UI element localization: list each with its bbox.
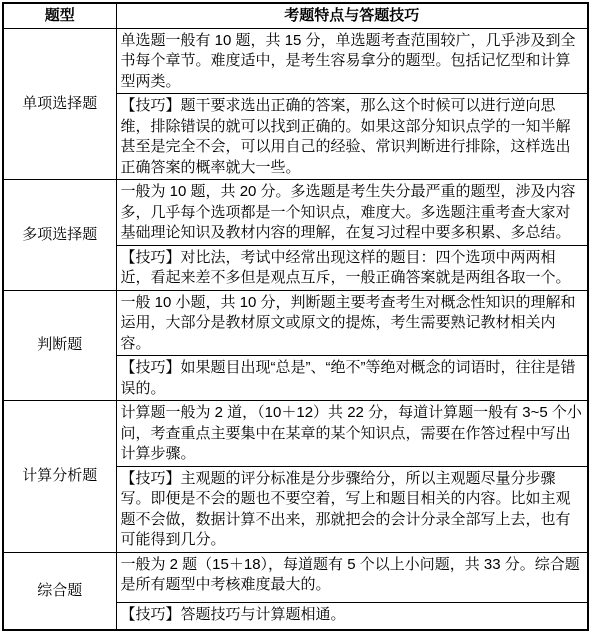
header-row: 题型 考题特点与答题技巧 (3, 3, 588, 28)
table-row: 多项选择题 一般为 10 题，共 20 分。多选题是考生失分最严重的题型，涉及内… (3, 180, 588, 246)
desc-cell-multi-choice: 一般为 10 题，共 20 分。多选题是考生失分最严重的题型，涉及内容多，几乎每… (116, 180, 588, 246)
type-cell-calculation: 计算分析题 (3, 401, 116, 553)
document-page: 题型 考题特点与答题技巧 单项选择题 单选题一般有 10 题，共 15 分，单选… (0, 0, 591, 542)
table-row: 判断题 一般 10 小题，共 10 分，判断题主要考查考生对概念性知识的理解和运… (3, 290, 588, 356)
table-row: 计算分析题 计算题一般为 2 道，（10＋12）共 22 分，每道计算题一般有 … (3, 401, 588, 467)
tip-cell-single-choice: 【技巧】题干要求选出正确的答案，那么这个时候可以进行逆向思维，排除错误的就可以找… (116, 94, 588, 180)
type-cell-true-false: 判断题 (3, 290, 116, 401)
tip-cell-comprehensive: 【技巧】答题技巧与计算题相通。 (116, 602, 588, 630)
header-cell-type: 题型 (3, 3, 116, 28)
tip-cell-true-false: 【技巧】如果题目出现“总是”、“绝不”等绝对概念的词语时，往往是错误的。 (116, 356, 588, 401)
header-cell-content: 考题特点与答题技巧 (116, 3, 588, 28)
desc-cell-comprehensive: 一般为 2 题（15＋18），每道题有 5 个以上小问题，共 33 分。综合题是… (116, 552, 588, 602)
desc-cell-true-false: 一般 10 小题，共 10 分，判断题主要考查考生对概念性知识的理解和运用，大部… (116, 290, 588, 356)
type-cell-comprehensive: 综合题 (3, 552, 116, 630)
exam-types-table: 题型 考题特点与答题技巧 单项选择题 单选题一般有 10 题，共 15 分，单选… (2, 2, 589, 631)
table-row: 综合题 一般为 2 题（15＋18），每道题有 5 个以上小问题，共 33 分。… (3, 552, 588, 602)
tip-cell-calculation: 【技巧】主观题的评分标准是分步骤给分，所以主观题尽量分步骤写。即便是不会的题也不… (116, 466, 588, 552)
type-cell-multi-choice: 多项选择题 (3, 180, 116, 291)
desc-cell-single-choice: 单选题一般有 10 题，共 15 分，单选题考查范围较广，几乎涉及到全书每个章节… (116, 28, 588, 94)
tip-cell-multi-choice: 【技巧】对比法，考试中经常出现这样的题目：四个选项中两两相近，看起来差不多但是观… (116, 245, 588, 290)
desc-cell-calculation: 计算题一般为 2 道，（10＋12）共 22 分，每道计算题一般有 3~5 个小… (116, 401, 588, 467)
type-cell-single-choice: 单项选择题 (3, 28, 116, 180)
table-row: 单项选择题 单选题一般有 10 题，共 15 分，单选题考查范围较广，几乎涉及到… (3, 28, 588, 94)
